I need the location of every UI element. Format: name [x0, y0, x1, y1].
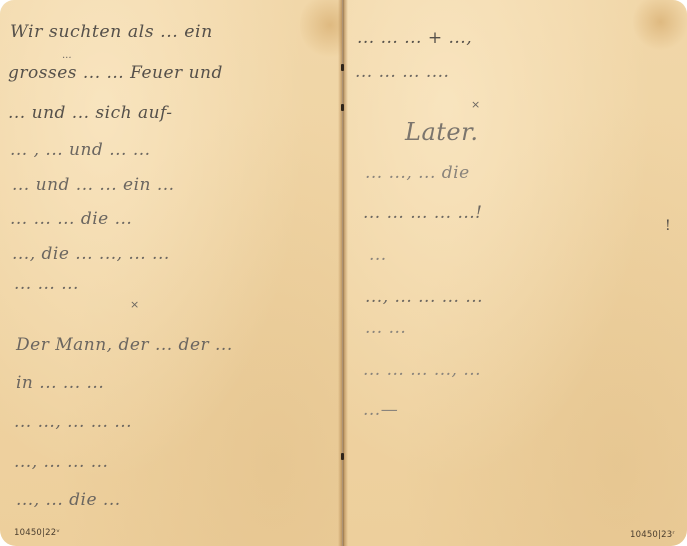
handwritten-line: ..., ... ... ... ... [365, 287, 483, 307]
handwritten-line: ... ... ... ..., ... [363, 360, 481, 380]
handwritten-line: ... ... ... [14, 274, 79, 294]
handwritten-line: ... ..., ... die [365, 163, 470, 183]
handwritten-line: ... ... ... die ... [10, 209, 132, 229]
handwritten-line: ... ... ... + ..., [357, 28, 472, 48]
right-page: ... ... ... + ..., ... ... ... .... × La… [343, 0, 687, 546]
notebook-spine [338, 0, 348, 546]
handwritten-line: ..., die ... ..., ... ... [12, 244, 170, 264]
handwritten-line: ...— [363, 400, 398, 420]
handwritten-line: in ... ... ... [16, 373, 104, 393]
handwritten-line: ... ..., ... ... ... [14, 412, 132, 432]
margin-exclamation: ! [665, 218, 671, 234]
handwritten-line: ... [369, 245, 387, 265]
age-stain [300, 0, 342, 60]
handwritten-line: ... ... [365, 318, 406, 338]
age-stain [633, 0, 687, 52]
handwritten-line: ... ... ... .... [355, 62, 449, 82]
handwritten-line: ..., ... ... ... [14, 452, 108, 472]
binding-staple [341, 104, 344, 111]
catalog-number: 10450|22ᵛ [14, 528, 60, 538]
left-page: Wir suchten als ... ein ... grosses ... … [0, 0, 342, 546]
binding-staple [341, 453, 344, 460]
handwritten-line: ..., ... die ... [16, 490, 121, 510]
notebook-spread: Wir suchten als ... ein ... grosses ... … [0, 0, 687, 546]
handwritten-line: Wir suchten als ... ein [10, 22, 213, 42]
handwritten-line: ... , ... und ... ... [10, 140, 151, 160]
section-separator-cross: × [471, 98, 480, 111]
catalog-number: 10450|23ʳ [630, 530, 675, 540]
section-heading: Later. [405, 118, 479, 146]
handwritten-line: Der Mann, der ... der ... [16, 335, 233, 355]
handwritten-line: ... ... ... ... ...! [363, 203, 483, 223]
section-separator-cross: × [130, 298, 139, 311]
handwritten-line: ... und ... ... ein ... [12, 175, 175, 195]
interlinear-insert: ... [62, 50, 72, 61]
handwritten-line: ... und ... sich auf- [8, 103, 172, 123]
binding-staple [341, 64, 344, 71]
handwritten-line: grosses ... ... Feuer und [8, 63, 223, 83]
